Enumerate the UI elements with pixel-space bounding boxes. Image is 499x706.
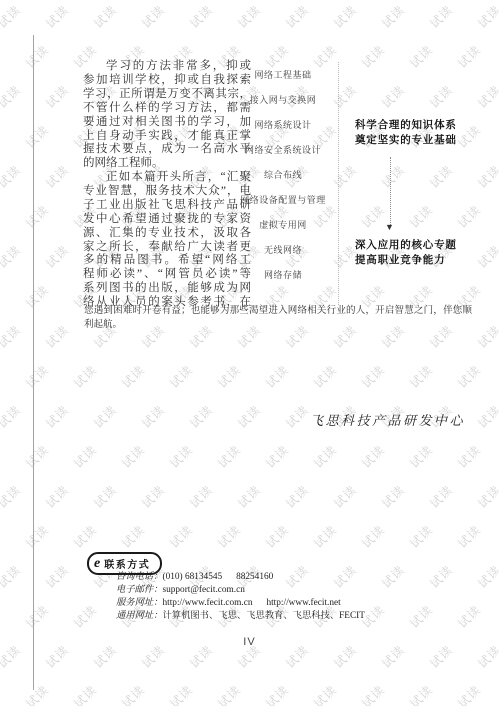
watermark-text: 试读: [70, 521, 100, 551]
watermark-text: 试读: [42, 481, 72, 511]
watermark-text: 试读: [262, 521, 292, 551]
watermark-text: 试读: [358, 441, 388, 471]
topic-item: 无线网络: [233, 238, 333, 263]
watermark-text: 试读: [474, 481, 499, 511]
watermark-text: 试读: [42, 161, 72, 191]
watermark-text: 试读: [22, 521, 52, 551]
arrow-down-icon: ▼: [385, 222, 394, 232]
topic-item: 虚拟专用网: [233, 213, 333, 238]
watermark-text: 试读: [474, 161, 499, 191]
watermark-text: 试读: [214, 441, 244, 471]
watermark-text: 试读: [474, 561, 499, 591]
watermark-text: 试读: [90, 401, 120, 431]
topic-item: 网络安全系统设计: [233, 138, 333, 163]
watermark-text: 试读: [214, 521, 244, 551]
watermark-text: 试读: [42, 561, 72, 591]
watermark-text: 试读: [234, 1, 264, 31]
watermark-text: 试读: [406, 361, 436, 391]
topic-item: 网络工程基础: [233, 63, 333, 88]
watermark-text: 试读: [454, 361, 484, 391]
signature-fecit-center: 飞思科技产品研发中心: [310, 410, 465, 429]
scan-edge-line: [33, 35, 34, 690]
watermark-text: 试读: [282, 401, 312, 431]
watermark-text: 试读: [186, 481, 216, 511]
watermark-text: 试读: [0, 241, 24, 271]
watermark-text: 试读: [454, 201, 484, 231]
watermark-text: 试读: [454, 441, 484, 471]
preface-line: 参加培训学校，抑或自我探索: [83, 74, 251, 88]
preface-paragraph-2: 正如本篇开头所言，“汇聚专业智慧，服务技术大众”，电子工业出版社飞思科技产品研发…: [83, 171, 251, 310]
watermark-text: 试读: [42, 81, 72, 111]
preface-line: 学习的方法非常多，抑或: [83, 60, 251, 74]
watermark-text: 试读: [262, 681, 292, 706]
watermark-text: 试读: [378, 481, 408, 511]
contact-row-value: support@fecit.com.cn: [162, 585, 244, 595]
annotation-connector-line: [390, 157, 391, 225]
preface-line: 发中心希望通过聚拢的专家资: [83, 213, 251, 227]
contact-row-label: 服务网址：: [116, 598, 162, 608]
topic-list: 网络工程基础接入网与交换网网络系统设计网络安全系统设计综合布线网络设备配置与管理…: [233, 63, 333, 288]
preface-line: 利起航。: [84, 319, 472, 333]
watermark-text: 试读: [0, 561, 24, 591]
watermark-text: 试读: [70, 441, 100, 471]
watermark-text: 试读: [330, 1, 360, 31]
watermark-text: 试读: [474, 1, 499, 31]
watermark-text: 试读: [0, 1, 24, 31]
contact-row-value: 计算机图书、飞思、飞思教育、飞思科技、FECIT: [162, 611, 364, 621]
watermark-text: 试读: [118, 441, 148, 471]
watermark-text: 试读: [310, 361, 340, 391]
watermark-text: 试读: [330, 481, 360, 511]
watermark-text: 试读: [42, 321, 72, 351]
watermark-text: 试读: [0, 481, 24, 511]
contact-badge-label: 联系方式: [104, 556, 150, 571]
watermark-text: 试读: [426, 161, 456, 191]
preface-line: 握技术要点，成为一名高水平: [83, 143, 251, 157]
watermark-text: 试读: [282, 481, 312, 511]
preface-line: 不管什么样的学习方法，都需: [83, 102, 251, 116]
contact-row-label: 通用网址：: [116, 611, 162, 621]
watermark-text: 试读: [454, 41, 484, 71]
watermark-text: 试读: [138, 1, 168, 31]
watermark-text: 试读: [358, 681, 388, 706]
topic-item: 综合布线: [233, 163, 333, 188]
watermark-text: 试读: [166, 441, 196, 471]
watermark-text: 试读: [378, 561, 408, 591]
watermark-text: 试读: [426, 81, 456, 111]
watermark-text: 试读: [406, 441, 436, 471]
topic-item: 网络系统设计: [233, 113, 333, 138]
watermark-text: 试读: [118, 361, 148, 391]
contact-row: 服务网址：http://www.fecit.com.cn http://www.…: [116, 597, 365, 610]
watermark-text: 试读: [234, 481, 264, 511]
watermark-text: 试读: [70, 681, 100, 706]
topic-item: 接入网与交换网: [233, 88, 333, 113]
annotation-line: 奠定坚实的专业基础: [355, 133, 471, 148]
watermark-text: 试读: [310, 681, 340, 706]
watermark-text: 试读: [118, 681, 148, 706]
watermark-text: 试读: [262, 361, 292, 391]
preface-paragraph-1: 学习的方法非常多，抑或参加培训学校，抑或自我探索学习，正所谓是万变不离其宗，不管…: [83, 60, 251, 171]
contact-row-value: http://www.fecit.com.cn http://www.fecit…: [162, 598, 340, 608]
watermark-text: 试读: [42, 1, 72, 31]
contact-row-label: 电子邮件：: [116, 585, 162, 595]
watermark-text: 试读: [406, 41, 436, 71]
watermark-text: 试读: [474, 81, 499, 111]
preface-line: 正如本篇开头所言，“汇聚: [83, 171, 251, 185]
watermark-text: 试读: [214, 681, 244, 706]
diagram-divider-line: [338, 62, 339, 305]
fecit-e-logo-icon: e: [94, 557, 100, 571]
preface-closing: 您遇到困难时开卷有益；也能够为那些渴望进入网络相关行业的人，开启智慧之门，伴您顺…: [84, 305, 472, 332]
contact-row-label: 咨询电话：: [116, 572, 162, 582]
watermark-text: 试读: [406, 201, 436, 231]
preface-line: 系列图书的出版，能够成为网: [83, 282, 251, 296]
watermark-text: 试读: [22, 41, 52, 71]
watermark-text: 试读: [90, 481, 120, 511]
watermark-text: 试读: [0, 321, 24, 351]
topic-item: 网络设备配置与管理: [233, 188, 333, 213]
watermark-text: 试读: [330, 81, 360, 111]
watermark-text: 试读: [0, 161, 24, 191]
preface-line: 源、汇集的专业技术，汲取各: [83, 227, 251, 241]
preface-line: 子工业出版社飞思科技产品研: [83, 199, 251, 213]
contact-row: 通用网址：计算机图书、飞思、飞思教育、飞思科技、FECIT: [116, 610, 365, 623]
watermark-text: 试读: [22, 441, 52, 471]
watermark-text: 试读: [406, 601, 436, 631]
page-number: IV: [0, 636, 499, 648]
topic-item: 网络存储: [233, 263, 333, 288]
watermark-text: 试读: [138, 481, 168, 511]
watermark-text: 试读: [406, 521, 436, 551]
annotation-line: 科学合理的知识体系: [355, 118, 471, 133]
watermark-text: 试读: [426, 1, 456, 31]
preface-line: 程师必读”、“网管员必读”等: [83, 268, 251, 282]
preface-line: 专业智慧，服务技术大众”，电: [83, 185, 251, 199]
watermark-text: 试读: [426, 481, 456, 511]
watermark-text: 试读: [330, 161, 360, 191]
watermark-text: 试读: [22, 201, 52, 231]
watermark-text: 试读: [282, 1, 312, 31]
watermark-text: 试读: [358, 201, 388, 231]
watermark-text: 试读: [166, 681, 196, 706]
watermark-text: 试读: [70, 601, 100, 631]
watermark-text: 试读: [426, 561, 456, 591]
watermark-text: 试读: [166, 361, 196, 391]
watermark-text: 试读: [358, 361, 388, 391]
preface-line: 家之所长，奉献给广大读者更: [83, 241, 251, 255]
watermark-text: 试读: [454, 601, 484, 631]
watermark-text: 试读: [378, 161, 408, 191]
preface-line: 学习，正所谓是万变不离其宗，: [83, 88, 251, 102]
watermark-text: 试读: [310, 521, 340, 551]
watermark-text: 试读: [42, 241, 72, 271]
watermark-text: 试读: [358, 41, 388, 71]
preface-line: 您遇到困难时开卷有益；也能够为那些渴望进入网络相关行业的人，开启智慧之门，伴您顺: [84, 305, 472, 319]
watermark-text: 试读: [0, 401, 24, 431]
watermark-text: 试读: [22, 601, 52, 631]
watermark-text: 试读: [42, 401, 72, 431]
watermark-text: 试读: [474, 241, 499, 271]
watermark-text: 试读: [22, 361, 52, 391]
preface-line: 的网络工程师。: [83, 157, 251, 171]
watermark-text: 试读: [22, 281, 52, 311]
watermark-text: 试读: [378, 81, 408, 111]
watermark-text: 试读: [22, 121, 52, 151]
watermark-text: 试读: [262, 441, 292, 471]
watermark-text: 试读: [406, 681, 436, 706]
watermark-text: 试读: [378, 1, 408, 31]
watermark-text: 试读: [0, 81, 24, 111]
annotation-core-topics: 深入应用的核心专题提高职业竞争能力: [355, 238, 471, 268]
watermark-text: 试读: [474, 321, 499, 351]
preface-line: 多的精品图书。希望“网络工: [83, 254, 251, 268]
watermark-text: 试读: [454, 681, 484, 706]
watermark-text: 试读: [186, 1, 216, 31]
watermark-text: 试读: [358, 521, 388, 551]
watermark-text: 试读: [90, 1, 120, 31]
preface-line: 要通过对相关图书的学习，加: [83, 116, 251, 130]
watermark-text: 试读: [310, 441, 340, 471]
document-page: 试读试读试读试读试读试读试读试读试读试读试读试读试读试读试读试读试读试读试读试读…: [0, 0, 499, 706]
watermark-text: 试读: [70, 361, 100, 391]
watermark-text: 试读: [186, 401, 216, 431]
watermark-text: 试读: [166, 521, 196, 551]
watermark-text: 试读: [474, 401, 499, 431]
watermark-text: 试读: [22, 681, 52, 706]
watermark-text: 试读: [234, 401, 264, 431]
contact-info-list: 咨询电话：(010) 68134545 88254160电子邮件：support…: [116, 571, 365, 623]
watermark-text: 试读: [118, 521, 148, 551]
annotation-knowledge-system: 科学合理的知识体系奠定坚实的专业基础: [355, 118, 471, 148]
contact-row-value: (010) 68134545 88254160: [162, 572, 273, 582]
contact-row: 电子邮件：support@fecit.com.cn: [116, 584, 365, 597]
annotation-line: 提高职业竞争能力: [355, 253, 471, 268]
annotation-line: 深入应用的核心专题: [355, 238, 471, 253]
preface-line: 上自身动手实践，才能真正掌: [83, 130, 251, 144]
watermark-text: 试读: [138, 401, 168, 431]
watermark-text: 试读: [454, 521, 484, 551]
watermark-text: 试读: [214, 361, 244, 391]
contact-row: 咨询电话：(010) 68134545 88254160: [116, 571, 365, 584]
